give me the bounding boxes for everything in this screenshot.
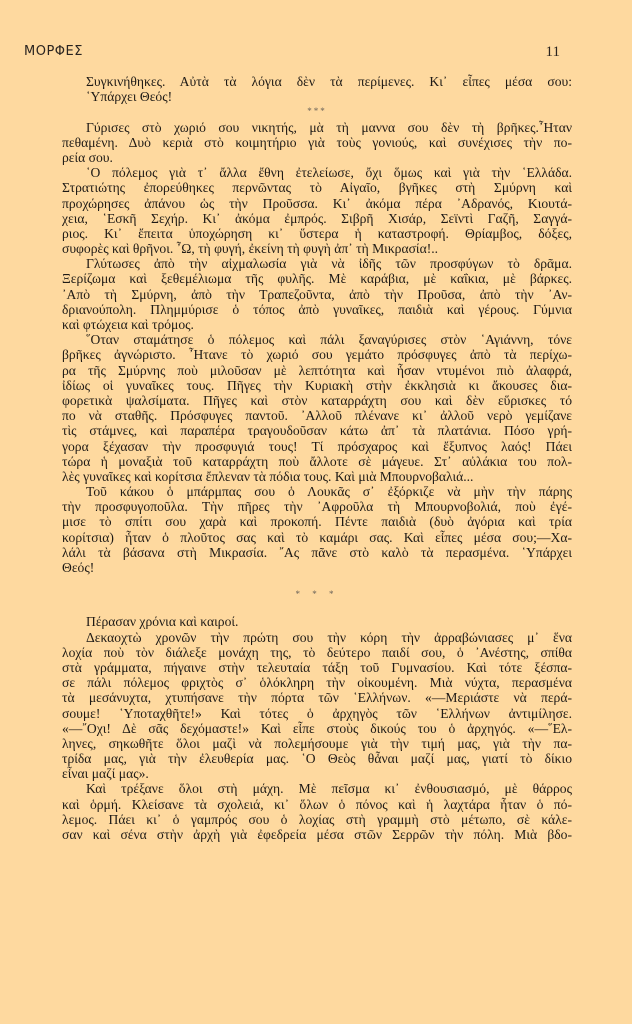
text-line: τὶς στάμνες, καὶ παραπέρα τραγουδοῦσαν κ…	[62, 423, 572, 438]
text-line: λοχία ποὺ τὸν διάλεξε μονάχη της, τὸ δεύ…	[62, 645, 572, 660]
text-line: πο νὰ σταθῆς. Πρόσφυγες παντοῦ. ᾽Αλλοῦ π…	[62, 408, 572, 423]
book-page: ΜΟΡΦΕΣ 11 Συγκινήθηκες. Αὐτὰ τὰ λόγια δὲ…	[0, 0, 632, 1024]
text-line: λάλι τὰ βάσανα στὴ Μικρασία. ῎Ας πᾶνε στ…	[62, 545, 572, 560]
text-line: λὲς γυναῖκες καὶ κορίτσια ἔπλεναν τὰ πόδ…	[62, 469, 572, 484]
page-header: ΜΟΡΦΕΣ 11	[24, 44, 560, 64]
text-line: προχώρησες ἀπάνου ὡς τὴν Προῦσσα. Κι᾽ ἀκ…	[62, 196, 572, 211]
running-head: ΜΟΡΦΕΣ	[24, 44, 83, 59]
text-line: σε πάλι πόλεμος φριχτὸς σ᾽ ὁλόκληρη τὴν …	[62, 675, 572, 690]
text-line: ριος. Κι᾽ ἔπειτα ὑποχώρηση κι᾽ ὕστερα ἡ …	[62, 226, 572, 241]
text-line: «—῎Οχι! Δὲ σᾶς δεχόμαστε!» Καὶ εἶπε στοὺ…	[62, 721, 572, 736]
text-line: Ξερίζωμα καὶ ξεθεμέλιωμα τῆς φυλῆς. Μὲ κ…	[62, 271, 572, 286]
text-line: ῾Υπάρχει Θεός!	[62, 89, 572, 104]
text-line: χεια, ῾Εσκῆ Σεχήρ. Κι᾽ ἀκόμα ἐμπρός. Σιβ…	[62, 211, 572, 226]
text-line: Πέρασαν χρόνια καὶ καιροί.	[62, 614, 572, 629]
text-line: τρίδα μας, γιὰ τὴν ἐλευθερία μας. ῾Ο Θεὸ…	[62, 751, 572, 766]
body-text: Συγκινήθηκες. Αὐτὰ τὰ λόγια δὲν τὰ περίμ…	[62, 74, 572, 842]
text-line: Θεός!	[62, 560, 572, 575]
text-line: κορίτσια) ἦταν ὁ πλοῦτος σας καὶ τὸ καμά…	[62, 530, 572, 545]
text-line: Συγκινήθηκες. Αὐτὰ τὰ λόγια δὲν τὰ περίμ…	[62, 74, 572, 89]
text-line: πεθαμένη. Δυὸ κεριὰ στὸ κοιμητήριο γιὰ τ…	[62, 135, 572, 150]
text-line: ᾽Απὸ τὴ Σμύρνη, ἀπὸ τὴν Τραπεζοῦντα, ἀπὸ…	[62, 287, 572, 302]
text-line: γορα ξέχασαν τὴν προσφυγιά τους! Τί πρόσ…	[62, 439, 572, 454]
text-line: ἰδίως οἱ γυναῖκες τους. Πῆγες τὴν Κυριακ…	[62, 378, 572, 393]
text-line: τὴν προσφυγοποῦλα. Τὴν πῆρες τὴν ᾽Αφροῦλ…	[62, 499, 572, 514]
text-line: Τοῦ κάκου ὁ μπάρμπας σου ὁ Λουκᾶς σ᾽ ἐξό…	[62, 484, 572, 499]
text-line: ῞Οταν σταμάτησε ὁ πόλεμος καὶ πάλι ξαναγ…	[62, 332, 572, 347]
text-line: καὶ φτώχεια καὶ τρόμος.	[62, 317, 572, 332]
text-line: Δεκαοχτὼ χρονῶν τὴν πρώτη σου τὴν κόρη τ…	[62, 630, 572, 645]
text-line: στὰ γράμματα, πήγαινε στὴν τελευταία τάξ…	[62, 660, 572, 675]
page-number: 11	[546, 44, 560, 61]
text-line: φορετικὰ ψαλσίματα. Πῆγες καὶ στὸν καταρ…	[62, 393, 572, 408]
text-line: σαν καὶ σένα στὴν ἀρχὴ γιὰ ἐφεδρεία μέσα…	[62, 827, 572, 842]
text-line: βρῆκες ἀγνώριστο. ῏Ητανε τὸ χωριό σου γε…	[62, 347, 572, 362]
text-line: Στρατιώτης ἐπορεύθηκες περνῶντας τὸ Αἰγα…	[62, 180, 572, 195]
text-line: ρεία σου.	[62, 150, 572, 165]
text-line: εἶναι μαζί μας».	[62, 766, 572, 781]
text-line: Γλύτωσες ἀπὸ τὴν αἰχμαλωσία γιὰ νὰ ἰδῆς …	[62, 256, 572, 271]
text-line: λεμος. Πάει κι᾽ ὁ γαμπρός σου ὁ λοχίας σ…	[62, 812, 572, 827]
text-line: μισε τὸ σπίτι σου χαρὰ καὶ προκοπή. Πέντ…	[62, 514, 572, 529]
text-line: ῾Ο πόλεμος γιὰ τ᾽ ἄλλα ἔθνη ἐτελείωσε, ὄ…	[62, 165, 572, 180]
text-line: τὰ μεσάνυχτα, χτυπήσανε τὴν πόρτα τῶν ῾Ε…	[62, 690, 572, 705]
text-line: ληνες, σηκωθῆτε ὅλοι μαζὶ νὰ πολεμήσουμε…	[62, 736, 572, 751]
text-line: τώρα ἡ μοναξιὰ τοῦ καταρράχτη ποὺ ἄλλοτε…	[62, 454, 572, 469]
text-line: συφορὲς καὶ θρῆνοι. ῏Ω, τὴ φυγή, ἐκείνη …	[62, 241, 572, 256]
text-line: Καὶ τρέξανε ὅλοι στὴ μάχη. Μὲ πεῖσμα κι᾽…	[62, 781, 572, 796]
text-line: καὶ ὁρμή. Κλείσανε τὰ σχολειά, κι᾽ ὅλων …	[62, 797, 572, 812]
section-separator: * * *	[62, 587, 572, 602]
text-line: Γύρισες στὸ χωριό σου νικητής, μὰ τὴ μαν…	[62, 120, 572, 135]
text-line: ρα τῆς Σμύρνης ποὺ μιλοῦσαν μὲ λεπτότητα…	[62, 363, 572, 378]
text-line: δριανούπολη. Πλημμύρισε ὁ τόπος ἀπὸ γυνα…	[62, 302, 572, 317]
section-separator: ***	[62, 104, 572, 119]
text-line: σουμε! ῾Υποταχθῆτε!» Καὶ τότες ὁ ἀρχηγὸς…	[62, 706, 572, 721]
